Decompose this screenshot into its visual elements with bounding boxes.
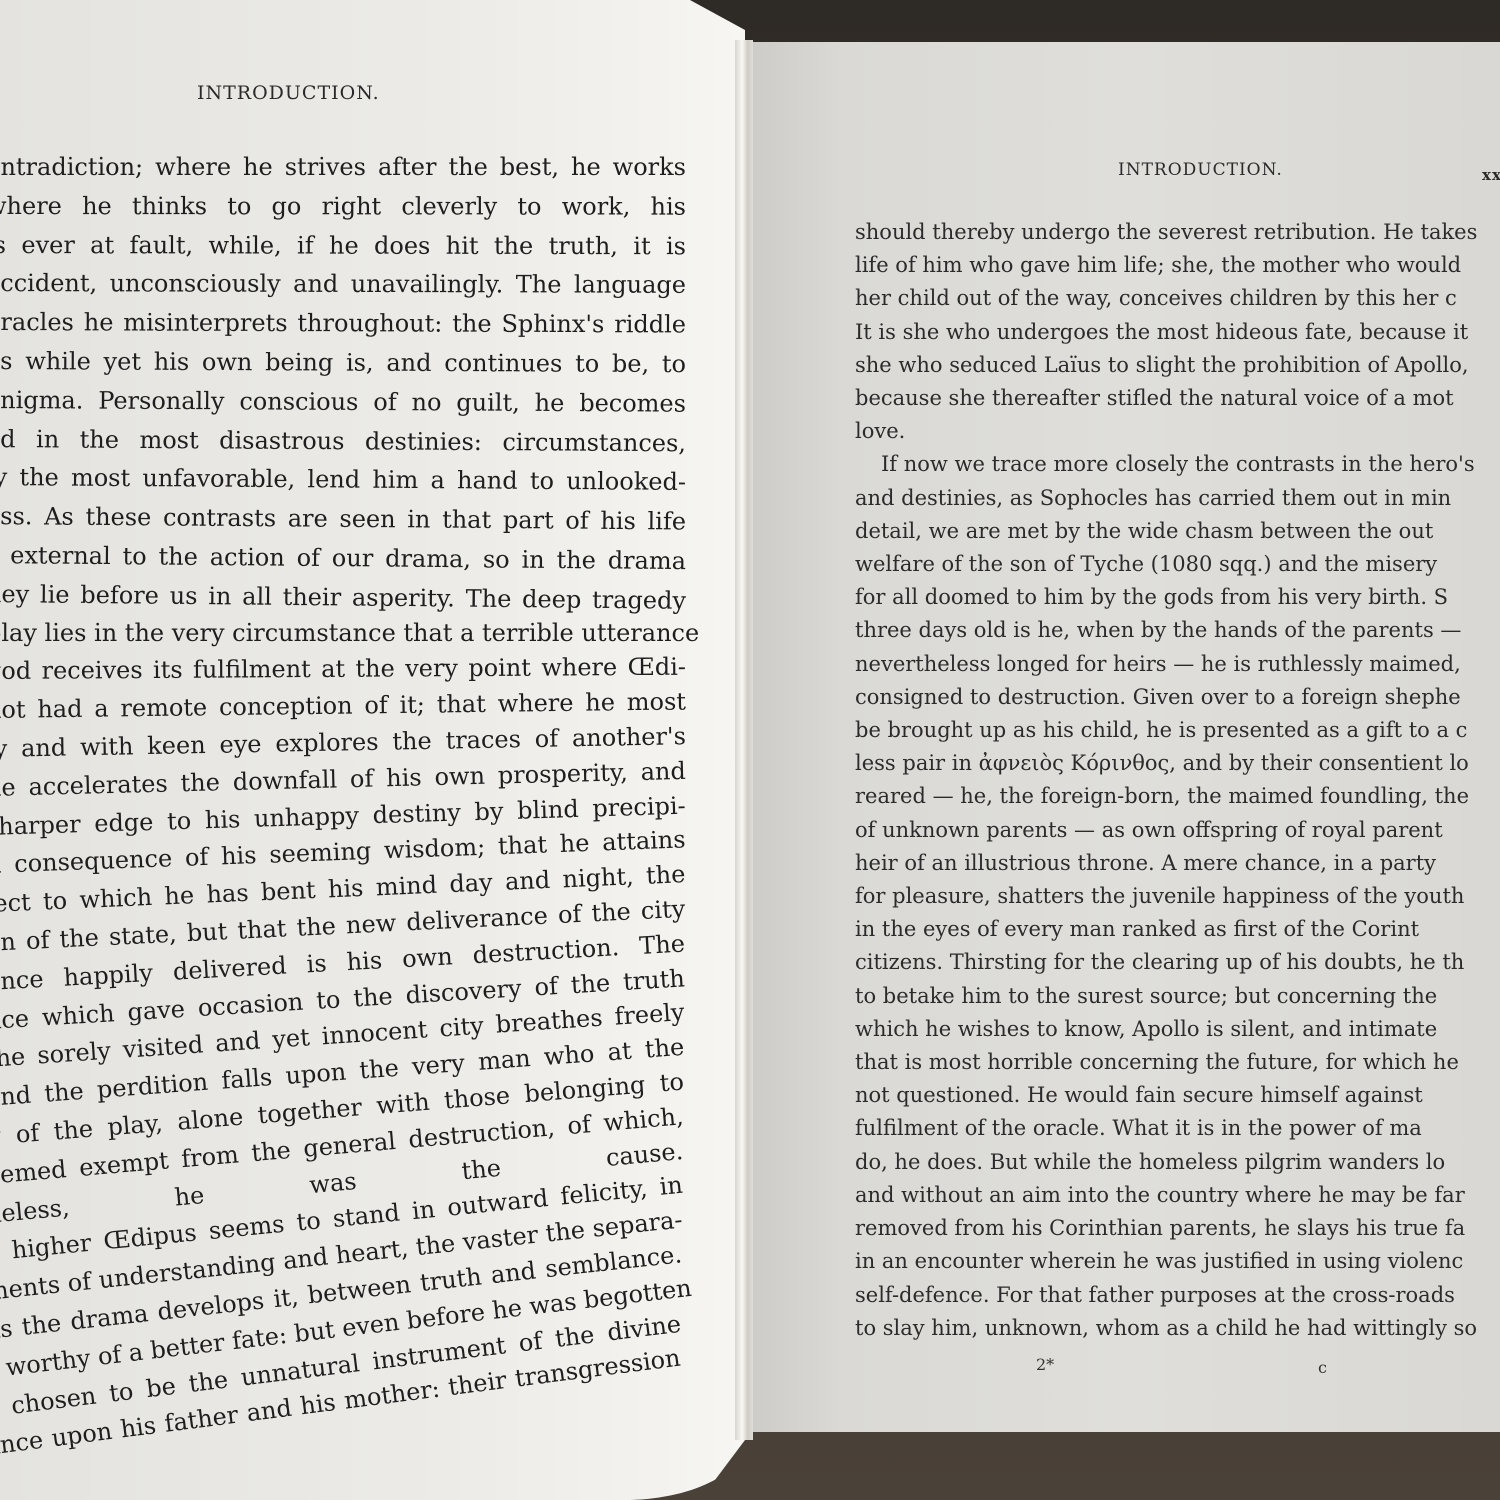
right-running-head: INTRODUCTION. [1118,160,1283,180]
text-line: accident, unconsciously and unavailingly… [0,264,686,305]
text-line: removed from his Corinthian parents, he … [855,1212,1500,1245]
text-line: enigma. Personally conscious of no guilt… [0,381,686,423]
text-line: that is most horrible concerning the fut… [855,1046,1500,1079]
text-line: for pleasure, shatters the juvenile happ… [855,880,1500,913]
text-line: where he thinks to go right cleverly to … [0,187,686,226]
text-line: citizens. Thirsting for the clearing up … [855,946,1500,979]
text-line: nevertheless longed for heirs — he is ru… [855,648,1500,681]
text-line: in an encounter wherein he was justified… [855,1245,1500,1278]
text-line: she who seduced Laïus to slight the proh… [855,349,1500,382]
gathering-letter: c [1318,1358,1327,1377]
text-line: reared — he, the foreign-born, the maime… [855,780,1500,813]
text-line: life of him who gave him life; she, the … [855,249,1500,282]
text-line: welfare of the son of Tyche (1080 sqq.) … [855,548,1500,581]
right-page-number: xx [1482,166,1500,184]
text-line: and destinies, as Sophocles has carried … [855,482,1500,515]
text-line: to slay him, unknown, whom as a child he… [855,1312,1500,1345]
text-line: be brought up as his child, he is presen… [855,714,1500,747]
text-line: ed in the most disastrous destinies: cir… [0,420,686,463]
text-line: less pair in ἀφνειὸς Κόρινθος, and by th… [855,747,1500,780]
text-line: of unknown parents — as own offspring of… [855,814,1500,847]
text-line: should thereby undergo the severest retr… [855,216,1500,249]
text-line: not questioned. He would fain secure him… [855,1079,1500,1112]
text-line: love. [855,415,1500,448]
text-line: ess. As these contrasts are seen in that… [0,497,686,541]
text-line: for all doomed to him by the gods from h… [855,581,1500,614]
text-line: fulfilment of the oracle. What it is in … [855,1112,1500,1145]
text-line: ontradiction; where he strives after the… [0,148,686,187]
text-line: to betake him to the surest source; but … [855,980,1500,1013]
text-line: is ever at fault, while, if he does hit … [0,226,686,266]
signature-mark: 2* [1036,1355,1054,1374]
text-line: s external to the action of our drama, s… [0,536,686,581]
text-line: which he wishes to know, Apollo is silen… [855,1013,1500,1046]
text-line: detail, we are met by the wide chasm bet… [855,515,1500,548]
text-line: oracles he misinterprets throughout: the… [0,303,686,344]
text-line: in the eyes of every man ranked as first… [855,913,1500,946]
text-line: It is she who undergoes the most hideous… [855,316,1500,349]
text-line: self-defence. For that father purposes a… [855,1279,1500,1312]
text-line: es while yet his own being is, and conti… [0,342,686,384]
text-line: three days old is he, when by the hands … [855,614,1500,647]
left-body-text: ontradiction; where he strives after the… [0,148,686,1467]
book-photo: INTRODUCTION. INTRODUCTION. xx ontradict… [0,0,1500,1500]
text-line: because she thereafter stifled the natur… [855,382,1500,415]
right-body-text: should thereby undergo the severest retr… [855,216,1500,1345]
book-gutter [735,40,753,1440]
text-line: and without an aim into the country wher… [855,1179,1500,1212]
text-line: heir of an illustrious throne. A mere ch… [855,847,1500,880]
text-line: play lies in the very circumstance that … [0,614,686,653]
left-running-head: INTRODUCTION. [197,82,380,104]
text-line: do, he does. But while the homeless pilg… [855,1146,1500,1179]
text-line: her child out of the way, conceives chil… [855,282,1500,315]
text-line: consigned to destruction. Given over to … [855,681,1500,714]
text-line: ly the most unfavorable, lend him a hand… [0,458,686,502]
text-line: If now we trace more closely the contras… [855,448,1500,481]
